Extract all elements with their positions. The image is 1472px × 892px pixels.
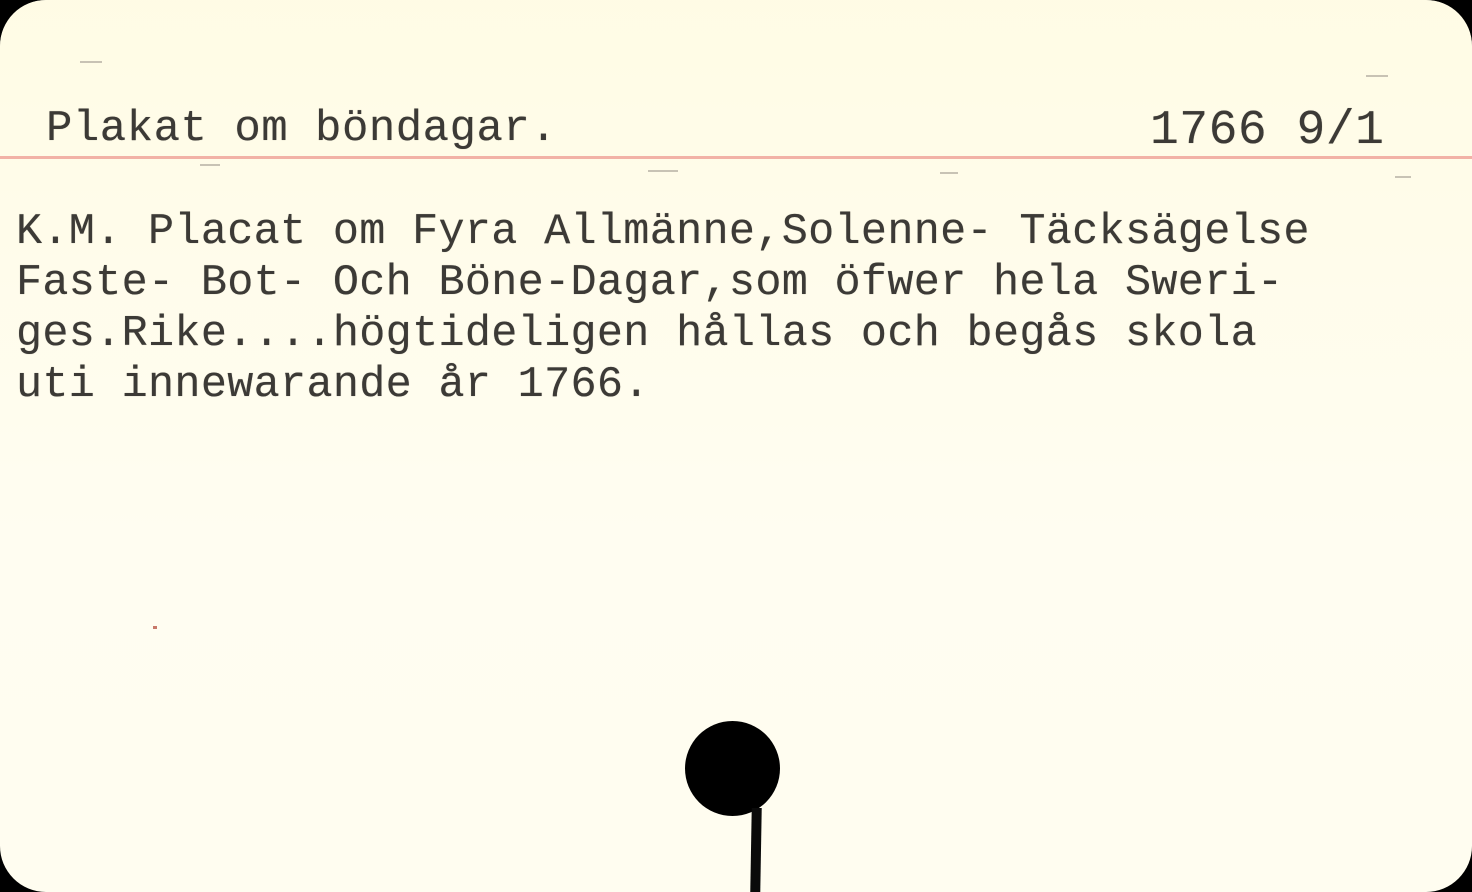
body-line: Faste- Bot- Och Böne-Dagar,som öfwer hel… [16, 258, 1310, 309]
tick-mark [648, 170, 678, 172]
tick-mark [940, 172, 958, 174]
card-title: Plakat om böndagar. [46, 104, 557, 154]
body-line: uti innewarande år 1766. [16, 360, 1310, 411]
card-date: 1766 9/1 [1150, 104, 1384, 158]
body-line: K.M. Placat om Fyra Allmänne,Solenne- Tä… [16, 207, 1310, 258]
card-body: K.M. Placat om Fyra Allmänne,Solenne- Tä… [16, 207, 1310, 411]
filing-rod [750, 808, 761, 892]
tick-mark [80, 61, 102, 63]
body-line: ges.Rike....högtideligen hållas och begå… [16, 309, 1310, 360]
tick-mark [1395, 176, 1411, 178]
heading-rule-line [0, 156, 1472, 159]
ink-speck [153, 626, 157, 629]
tick-mark [1366, 75, 1388, 77]
punch-hole [685, 721, 780, 816]
index-card: Plakat om böndagar. 1766 9/1 K.M. Placat… [0, 0, 1472, 892]
tick-mark [200, 164, 220, 166]
